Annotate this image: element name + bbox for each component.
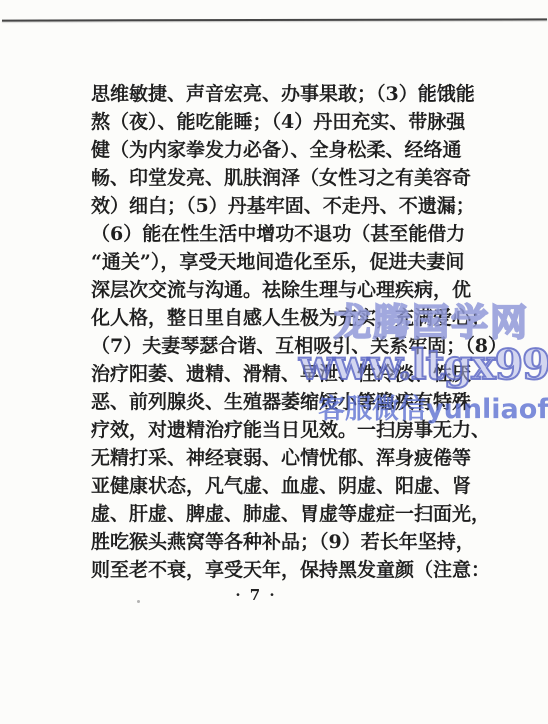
text-line: 健（为内家拳发力必备）、全身松柔、经络通	[91, 136, 501, 164]
text-line: 胜吃猴头燕窝等各种补品；（9）若长年坚持，	[91, 528, 501, 556]
text-line: 深层次交流与沟通。祛除生理与心理疾病，优	[91, 276, 501, 304]
page-top-rule	[2, 18, 547, 21]
text-line: 亚健康状态，凡气虚、血虚、阴虚、阳虚、肾	[91, 472, 501, 500]
scanned-book-page: { "colors": { "paper": "#fcfcfa", "ink":…	[0, 0, 548, 724]
text-line: 思维敏捷、声音宏亮、办事果敢；（3）能饿能	[91, 80, 501, 108]
text-line: 无精打采、神经衰弱、心情忧郁、浑身疲倦等	[91, 444, 501, 472]
text-line: 效）细白；（5）丹基牢固、不走丹、不遗漏；	[91, 192, 501, 220]
text-line: 恶、前列腺炎、生殖器萎缩短小等隐疾有特殊	[91, 388, 501, 416]
body-text: 思维敏捷、声音宏亮、办事果敢；（3）能饿能 熬（夜）、能吃能睡；（4）丹田充实、…	[91, 80, 501, 584]
text-line: 熬（夜）、能吃能睡；（4）丹田充实、带脉强	[91, 108, 501, 136]
text-line: “通关”），享受天地间造化至乐，促进夫妻间	[91, 248, 501, 276]
text-line: 畅、印堂发亮、肌肤润泽（女性习之有美容奇	[91, 164, 501, 192]
page-number: · 7 ·	[0, 586, 512, 604]
text-line: （7）夫妻琴瑟合谐、互相吸引、关系牢固；（8）	[91, 332, 501, 360]
text-line: 疗效，对遗精治疗能当日见效。一扫房事无力、	[91, 416, 501, 444]
text-line: 治疗阳萎、遗精、滑精、早泄、性冷淡、性厌	[91, 360, 501, 388]
text-line: 化人格，整日里自感人生极为充实，充满爱心；	[91, 304, 501, 332]
text-line: （6）能在性生活中增功不退功（甚至能借力	[91, 220, 501, 248]
text-line: 虚、肝虚、脾虚、肺虚、胃虚等虚症一扫面光，	[91, 500, 501, 528]
scan-speck	[137, 600, 140, 603]
text-line: 则至老不衰，享受天年，保持黑发童颜（注意：	[91, 556, 501, 584]
